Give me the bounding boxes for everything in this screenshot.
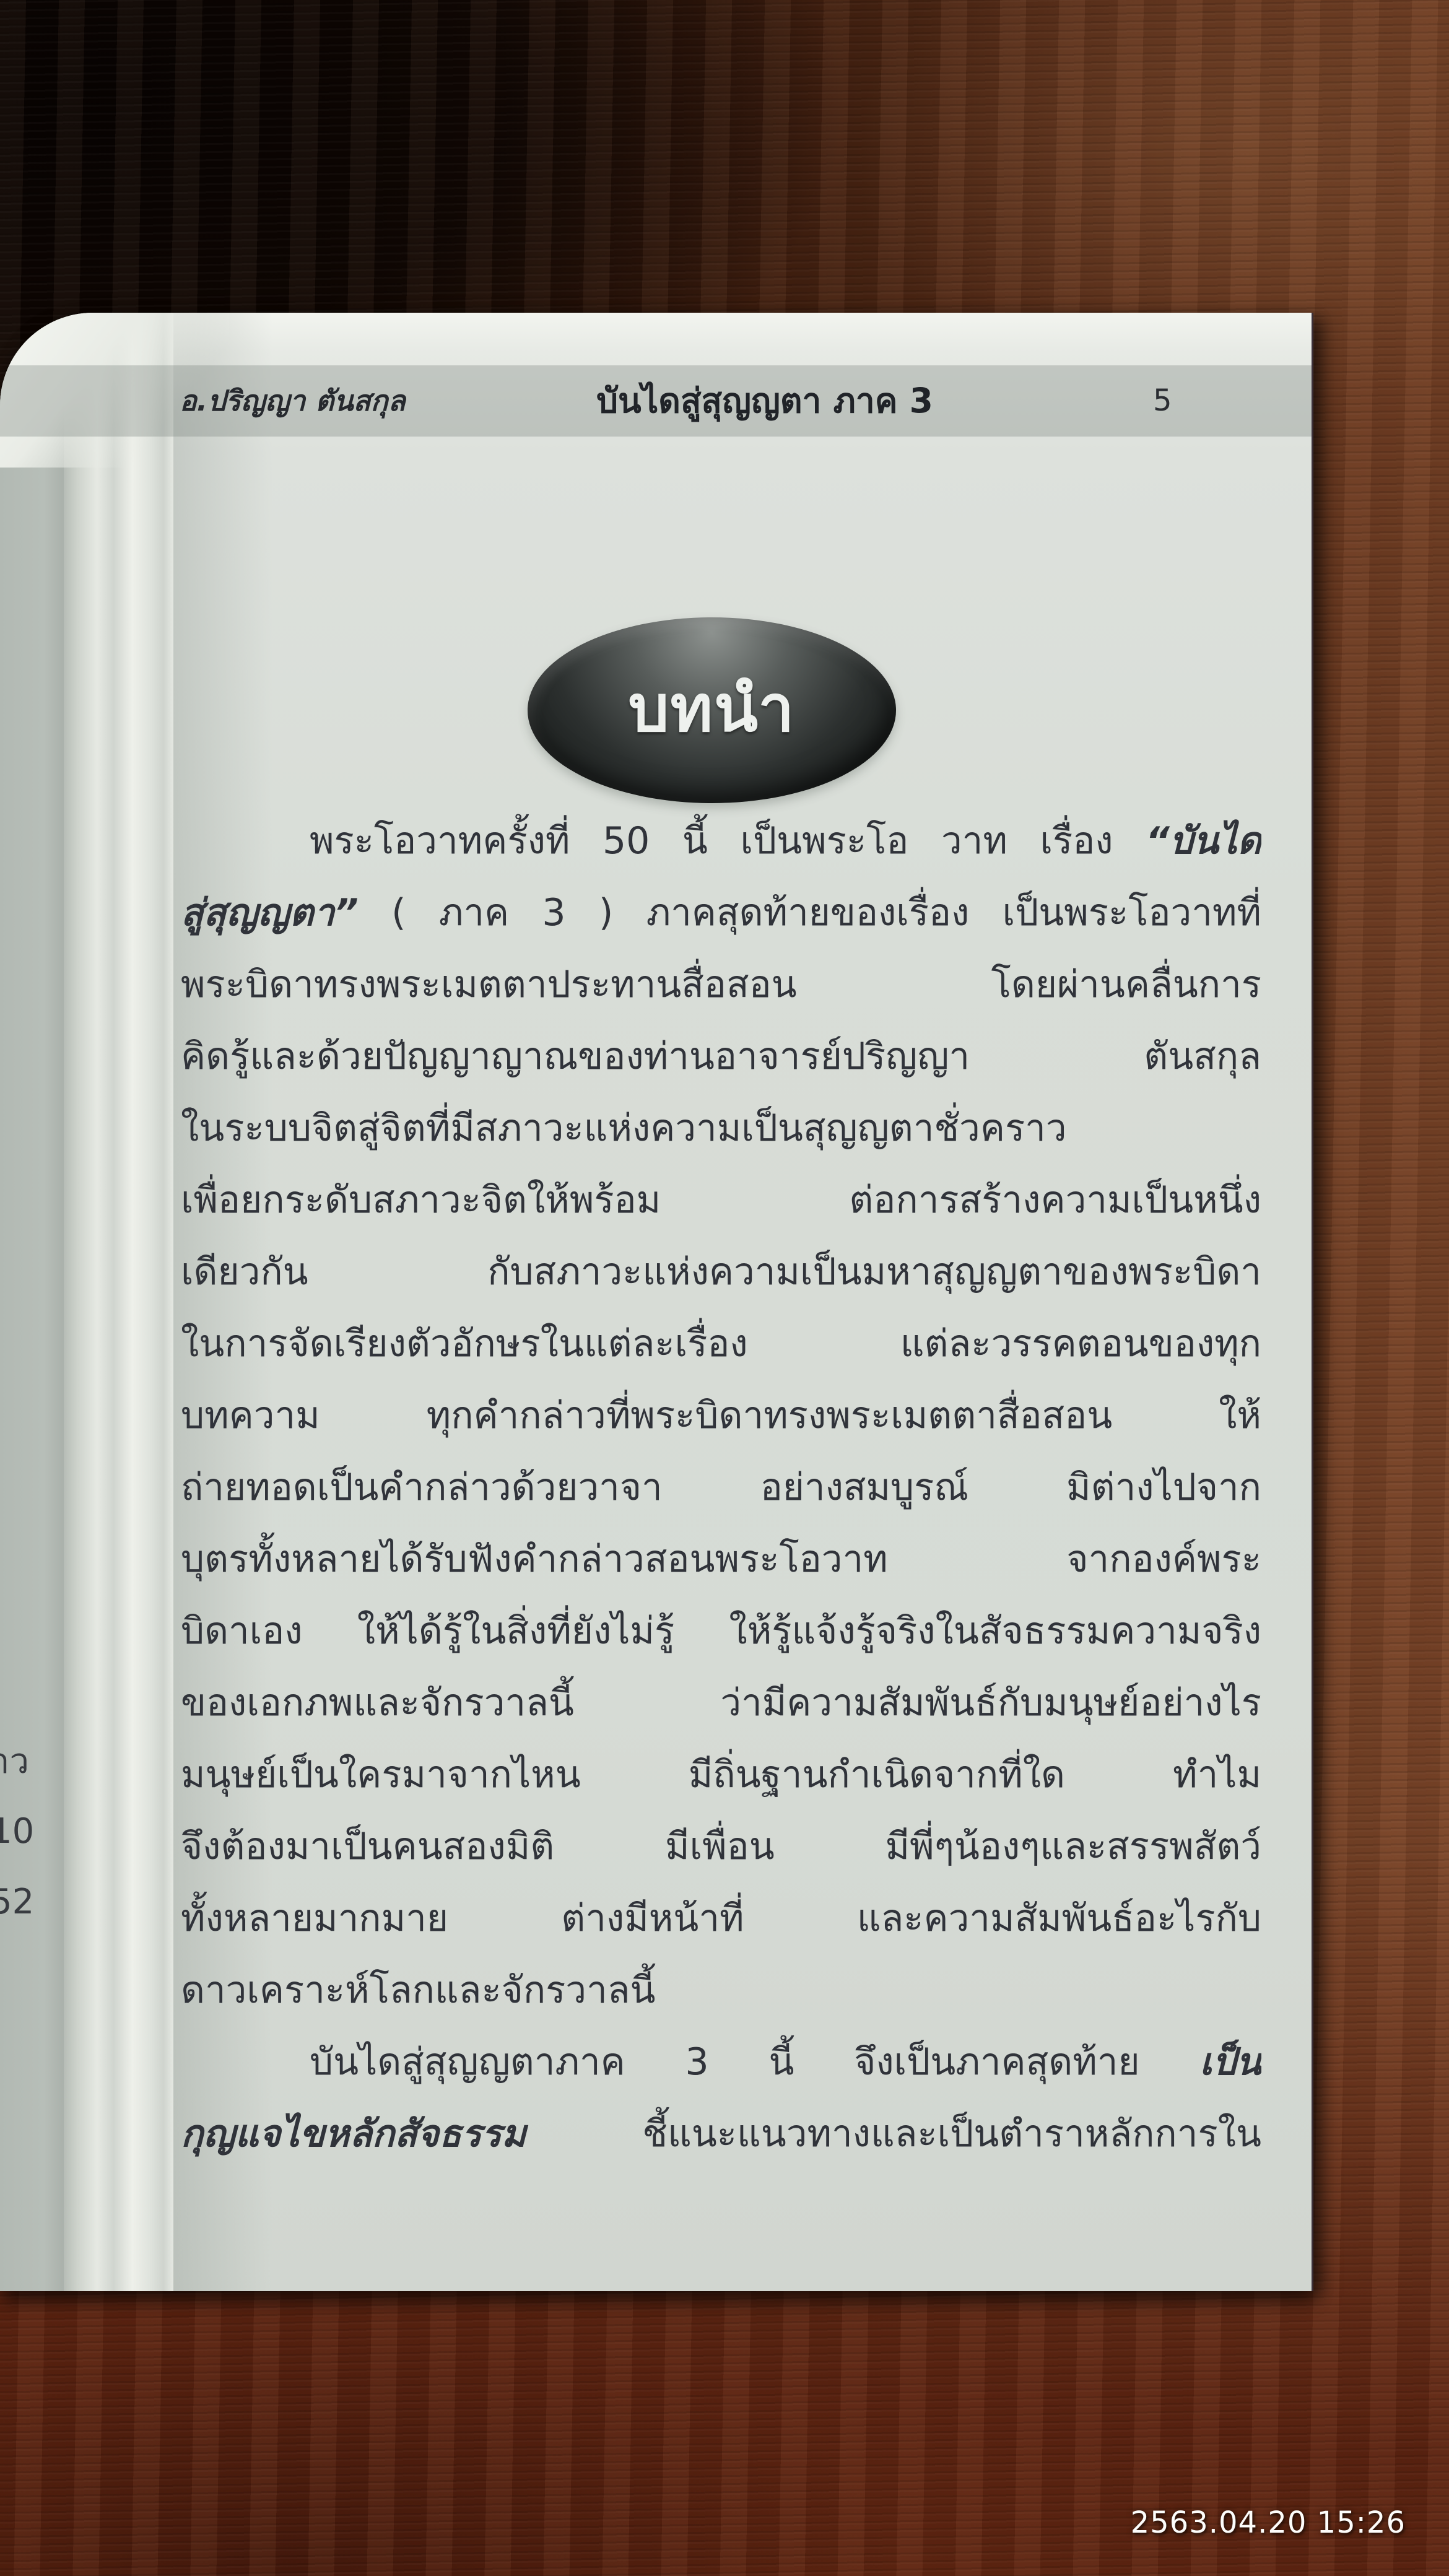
stacked-page-edges bbox=[64, 313, 175, 2291]
text-line: บิดาเอง ให้ได้รู้ในสิ่งที่ยังไม่รู้ ให้ร… bbox=[181, 1595, 1261, 1667]
text-line: คิดรู้และด้วยปัญญาญาณของท่านอาจารย์ปริญญ… bbox=[181, 1020, 1261, 1092]
camera-timestamp: 2563.04.20 15:26 bbox=[1131, 2505, 1406, 2540]
text-line: พระโอวาทครั้งที่ 50 นี้ เป็นพระโอ วาท เร… bbox=[181, 805, 1261, 877]
page-header-band: อ.ปริญญา ตันสกุล บันไดสู่สุญญตา ภาค 3 5 bbox=[0, 365, 1312, 437]
text-line: ในระบบจิตสู่จิตที่มีสภาวะแห่งความเป็นสุญ… bbox=[181, 1092, 1261, 1164]
text-segment: เพื่อยกระดับสภาวะจิตให้พร้อม ต่อการสร้าง… bbox=[181, 1178, 1261, 1222]
text-segment-emphasis: สู่สุญญตา” bbox=[181, 891, 359, 934]
text-line: เดียวกัน กับสภาวะแห่งความเป็นมหาสุญญตาขอ… bbox=[181, 1236, 1261, 1308]
text-segment-emphasis: เป็น bbox=[1199, 2040, 1261, 2084]
text-segment: จึงต้องมาเป็นคนสองมิติ มีเพื่อน มีพี่ๆน้… bbox=[181, 1825, 1261, 1868]
text-line: ในการจัดเรียงตัวอักษรในแต่ละเรื่อง แต่ละ… bbox=[181, 1308, 1261, 1380]
text-line: กุญแจไขหลักสัจธรรม ชี้แนะแนวทางและเป็นตำ… bbox=[181, 2098, 1261, 2170]
chapter-badge-oval: บทนำ bbox=[528, 617, 896, 803]
text-line: เพื่อยกระดับสภาวะจิตให้พร้อม ต่อการสร้าง… bbox=[181, 1164, 1261, 1236]
text-line: บุตรทั้งหลายได้รับฟังคำกล่าวสอนพระโอวาท … bbox=[181, 1523, 1261, 1595]
text-segment: พระบิดาทรงพระเมตตาประทานสื่อสอน โดยผ่านค… bbox=[181, 963, 1261, 1006]
text-segment: ในการจัดเรียงตัวอักษรในแต่ละเรื่อง แต่ละ… bbox=[181, 1322, 1261, 1365]
text-segment: ทั้งหลายมากมาย ต่างมีหน้าที่ และความสัมพ… bbox=[181, 1897, 1261, 1940]
text-segment-emphasis: “บันได bbox=[1146, 819, 1261, 863]
left-page-text-fragment: าว bbox=[0, 1740, 46, 1783]
text-line: ถ่ายทอดเป็นคำกล่าวด้วยวาจา อย่างสมบูรณ์ … bbox=[181, 1451, 1261, 1523]
text-segment: ของเอกภพและจักรวาลนี้ ว่ามีความสัมพันธ์ก… bbox=[181, 1681, 1261, 1725]
left-page-text-fragment: 10 bbox=[0, 1810, 46, 1853]
page-number: 5 bbox=[1153, 365, 1172, 437]
book-photo: าว 10 52 อ.ปริญญา ตันสกุล บันไดสู่สุญญตา… bbox=[0, 0, 1449, 2576]
text-line: สู่สุญญตา” ( ภาค 3 ) ภาคสุดท้ายของเรื่อง… bbox=[181, 877, 1261, 949]
text-segment: บทความ ทุกคำกล่าวที่พระบิดาทรงพระเมตตาสื… bbox=[181, 1394, 1261, 1437]
text-segment: ในระบบจิตสู่จิตที่มีสภาวะแห่งความเป็นสุญ… bbox=[181, 1107, 1067, 1150]
open-book: าว 10 52 อ.ปริญญา ตันสกุล บันไดสู่สุญญตา… bbox=[0, 313, 1313, 2291]
text-line: ทั้งหลายมากมาย ต่างมีหน้าที่ และความสัมพ… bbox=[181, 1882, 1261, 1954]
text-segment: เดียวกัน กับสภาวะแห่งความเป็นมหาสุญญตาขอ… bbox=[181, 1250, 1261, 1294]
text-line: บันไดสู่สุญญตาภาค 3 นี้ จึงเป็นภาคสุดท้า… bbox=[181, 2026, 1261, 2098]
text-segment: ดาวเคราะห์โลกและจักรวาลนี้ bbox=[181, 1969, 656, 2012]
text-segment: มนุษย์เป็นใครมาจากไหน มีถิ่นฐานกำเนิดจาก… bbox=[181, 1753, 1261, 1796]
text-segment: ถ่ายทอดเป็นคำกล่าวด้วยวาจา อย่างสมบูรณ์ … bbox=[181, 1466, 1261, 1509]
text-segment-emphasis: กุญแจไขหลักสัจธรรม bbox=[181, 2112, 526, 2156]
chapter-badge-label: บทนำ bbox=[628, 657, 795, 759]
text-line: มนุษย์เป็นใครมาจากไหน มีถิ่นฐานกำเนิดจาก… bbox=[181, 1739, 1261, 1811]
left-page-edge: าว 10 52 bbox=[0, 313, 65, 2291]
header-book-title: บันไดสู่สุญญตา ภาค 3 bbox=[596, 365, 933, 437]
text-segment: คิดรู้และด้วยปัญญาญาณของท่านอาจารย์ปริญญ… bbox=[181, 1035, 1261, 1078]
text-line: ดาวเคราะห์โลกและจักรวาลนี้ bbox=[181, 1954, 1261, 2026]
text-line: พระบิดาทรงพระเมตตาประทานสื่อสอน โดยผ่านค… bbox=[181, 949, 1261, 1020]
text-line: ของเอกภพและจักรวาลนี้ ว่ามีความสัมพันธ์ก… bbox=[181, 1667, 1261, 1739]
text-segment: บันไดสู่สุญญตาภาค 3 นี้ จึงเป็นภาคสุดท้า… bbox=[310, 2040, 1199, 2084]
text-line: บทความ ทุกคำกล่าวที่พระบิดาทรงพระเมตตาสื… bbox=[181, 1380, 1261, 1451]
text-segment: ( ภาค 3 ) ภาคสุดท้ายของเรื่อง เป็นพระโอว… bbox=[359, 891, 1261, 934]
body-text: พระโอวาทครั้งที่ 50 นี้ เป็นพระโอ วาท เร… bbox=[181, 805, 1261, 2170]
text-segment: ชี้แนะแนวทางและเป็นตำราหลักการใน bbox=[526, 2112, 1261, 2156]
text-segment: บิดาเอง ให้ได้รู้ในสิ่งที่ยังไม่รู้ ให้ร… bbox=[181, 1609, 1261, 1653]
left-page-text-fragment: 52 bbox=[0, 1881, 46, 1924]
text-line: จึงต้องมาเป็นคนสองมิติ มีเพื่อน มีพี่ๆน้… bbox=[181, 1811, 1261, 1882]
header-author: อ.ปริญญา ตันสกุล bbox=[180, 365, 406, 437]
text-segment: บุตรทั้งหลายได้รับฟังคำกล่าวสอนพระโอวาท … bbox=[181, 1538, 1261, 1581]
text-segment: พระโอวาทครั้งที่ 50 นี้ เป็นพระโอ วาท เร… bbox=[310, 819, 1146, 863]
